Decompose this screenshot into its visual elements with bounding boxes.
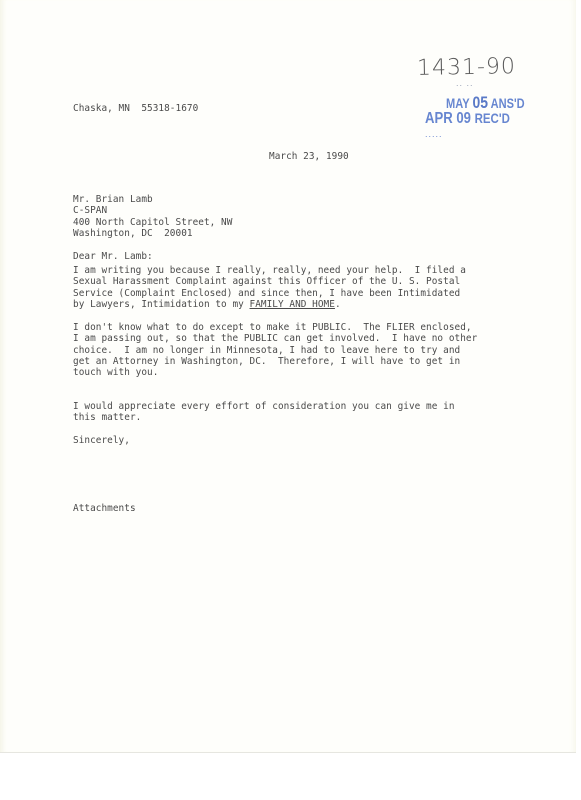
body-paragraph-1: I am writing you because I really, reall… — [73, 265, 466, 310]
received-stamp-month: APR — [425, 110, 453, 127]
received-date-stamp: APR 09 REC'D — [425, 110, 510, 128]
recipient-address-block: Mr. Brian LambC-SPAN400 North Capitol St… — [73, 194, 232, 239]
recipient-name: Mr. Brian Lamb — [73, 194, 232, 205]
line-text: by Lawyers, Intimidation to my — [73, 299, 250, 310]
letter-date: March 23, 1990 — [269, 151, 349, 162]
stamp-dots-bottom: ..... — [425, 129, 443, 139]
answered-stamp-label: ANS'D — [491, 96, 525, 111]
paragraph-line: get an Attorney in Washington, DC. There… — [73, 356, 477, 367]
paragraph-line: I would appreciate every effort of consi… — [73, 401, 455, 412]
line-text: . — [335, 299, 341, 310]
paragraph-line: touch with you. — [73, 367, 477, 378]
paragraph-line: I am passing out, so that the PUBLIC can… — [73, 333, 477, 344]
paragraph-line: Service (Complaint Enclosed) and since t… — [73, 288, 466, 299]
letter-page: 1431-90 .. .. MAY 05 ANS'D APR 09 REC'D … — [0, 0, 576, 753]
paragraph-line: choice. I am no longer in Minnesota, I h… — [73, 345, 477, 356]
recipient-organization: C-SPAN — [73, 205, 232, 216]
recipient-city-state-zip: Washington, DC 20001 — [73, 228, 232, 239]
stamp-dots-top: .. .. — [456, 78, 474, 88]
underlined-emphasis: FAMILY AND HOME — [250, 299, 335, 310]
recipient-street: 400 North Capitol Street, NW — [73, 217, 232, 228]
paragraph-line: by Lawyers, Intimidation to my FAMILY AN… — [73, 299, 466, 310]
handwritten-file-number: 1431-90 — [417, 54, 516, 81]
received-stamp-day: 09 — [456, 110, 471, 127]
closing: Sincerely, — [73, 435, 130, 446]
paragraph-line: I don't know what to do except to make i… — [73, 322, 477, 333]
body-paragraph-3: I would appreciate every effort of consi… — [73, 401, 455, 424]
salutation: Dear Mr. Lamb: — [73, 251, 153, 262]
answered-stamp-month: MAY — [446, 96, 469, 111]
paragraph-line: Sexual Harassment Complaint against this… — [73, 276, 466, 287]
body-paragraph-2: I don't know what to do except to make i… — [73, 322, 477, 378]
paragraph-line: I am writing you because I really, reall… — [73, 265, 466, 276]
paragraph-line: this matter. — [73, 412, 455, 423]
received-stamp-label: REC'D — [475, 110, 510, 126]
enclosure-note: Attachments — [73, 503, 136, 514]
sender-address: Chaska, MN 55318-1670 — [73, 103, 198, 114]
